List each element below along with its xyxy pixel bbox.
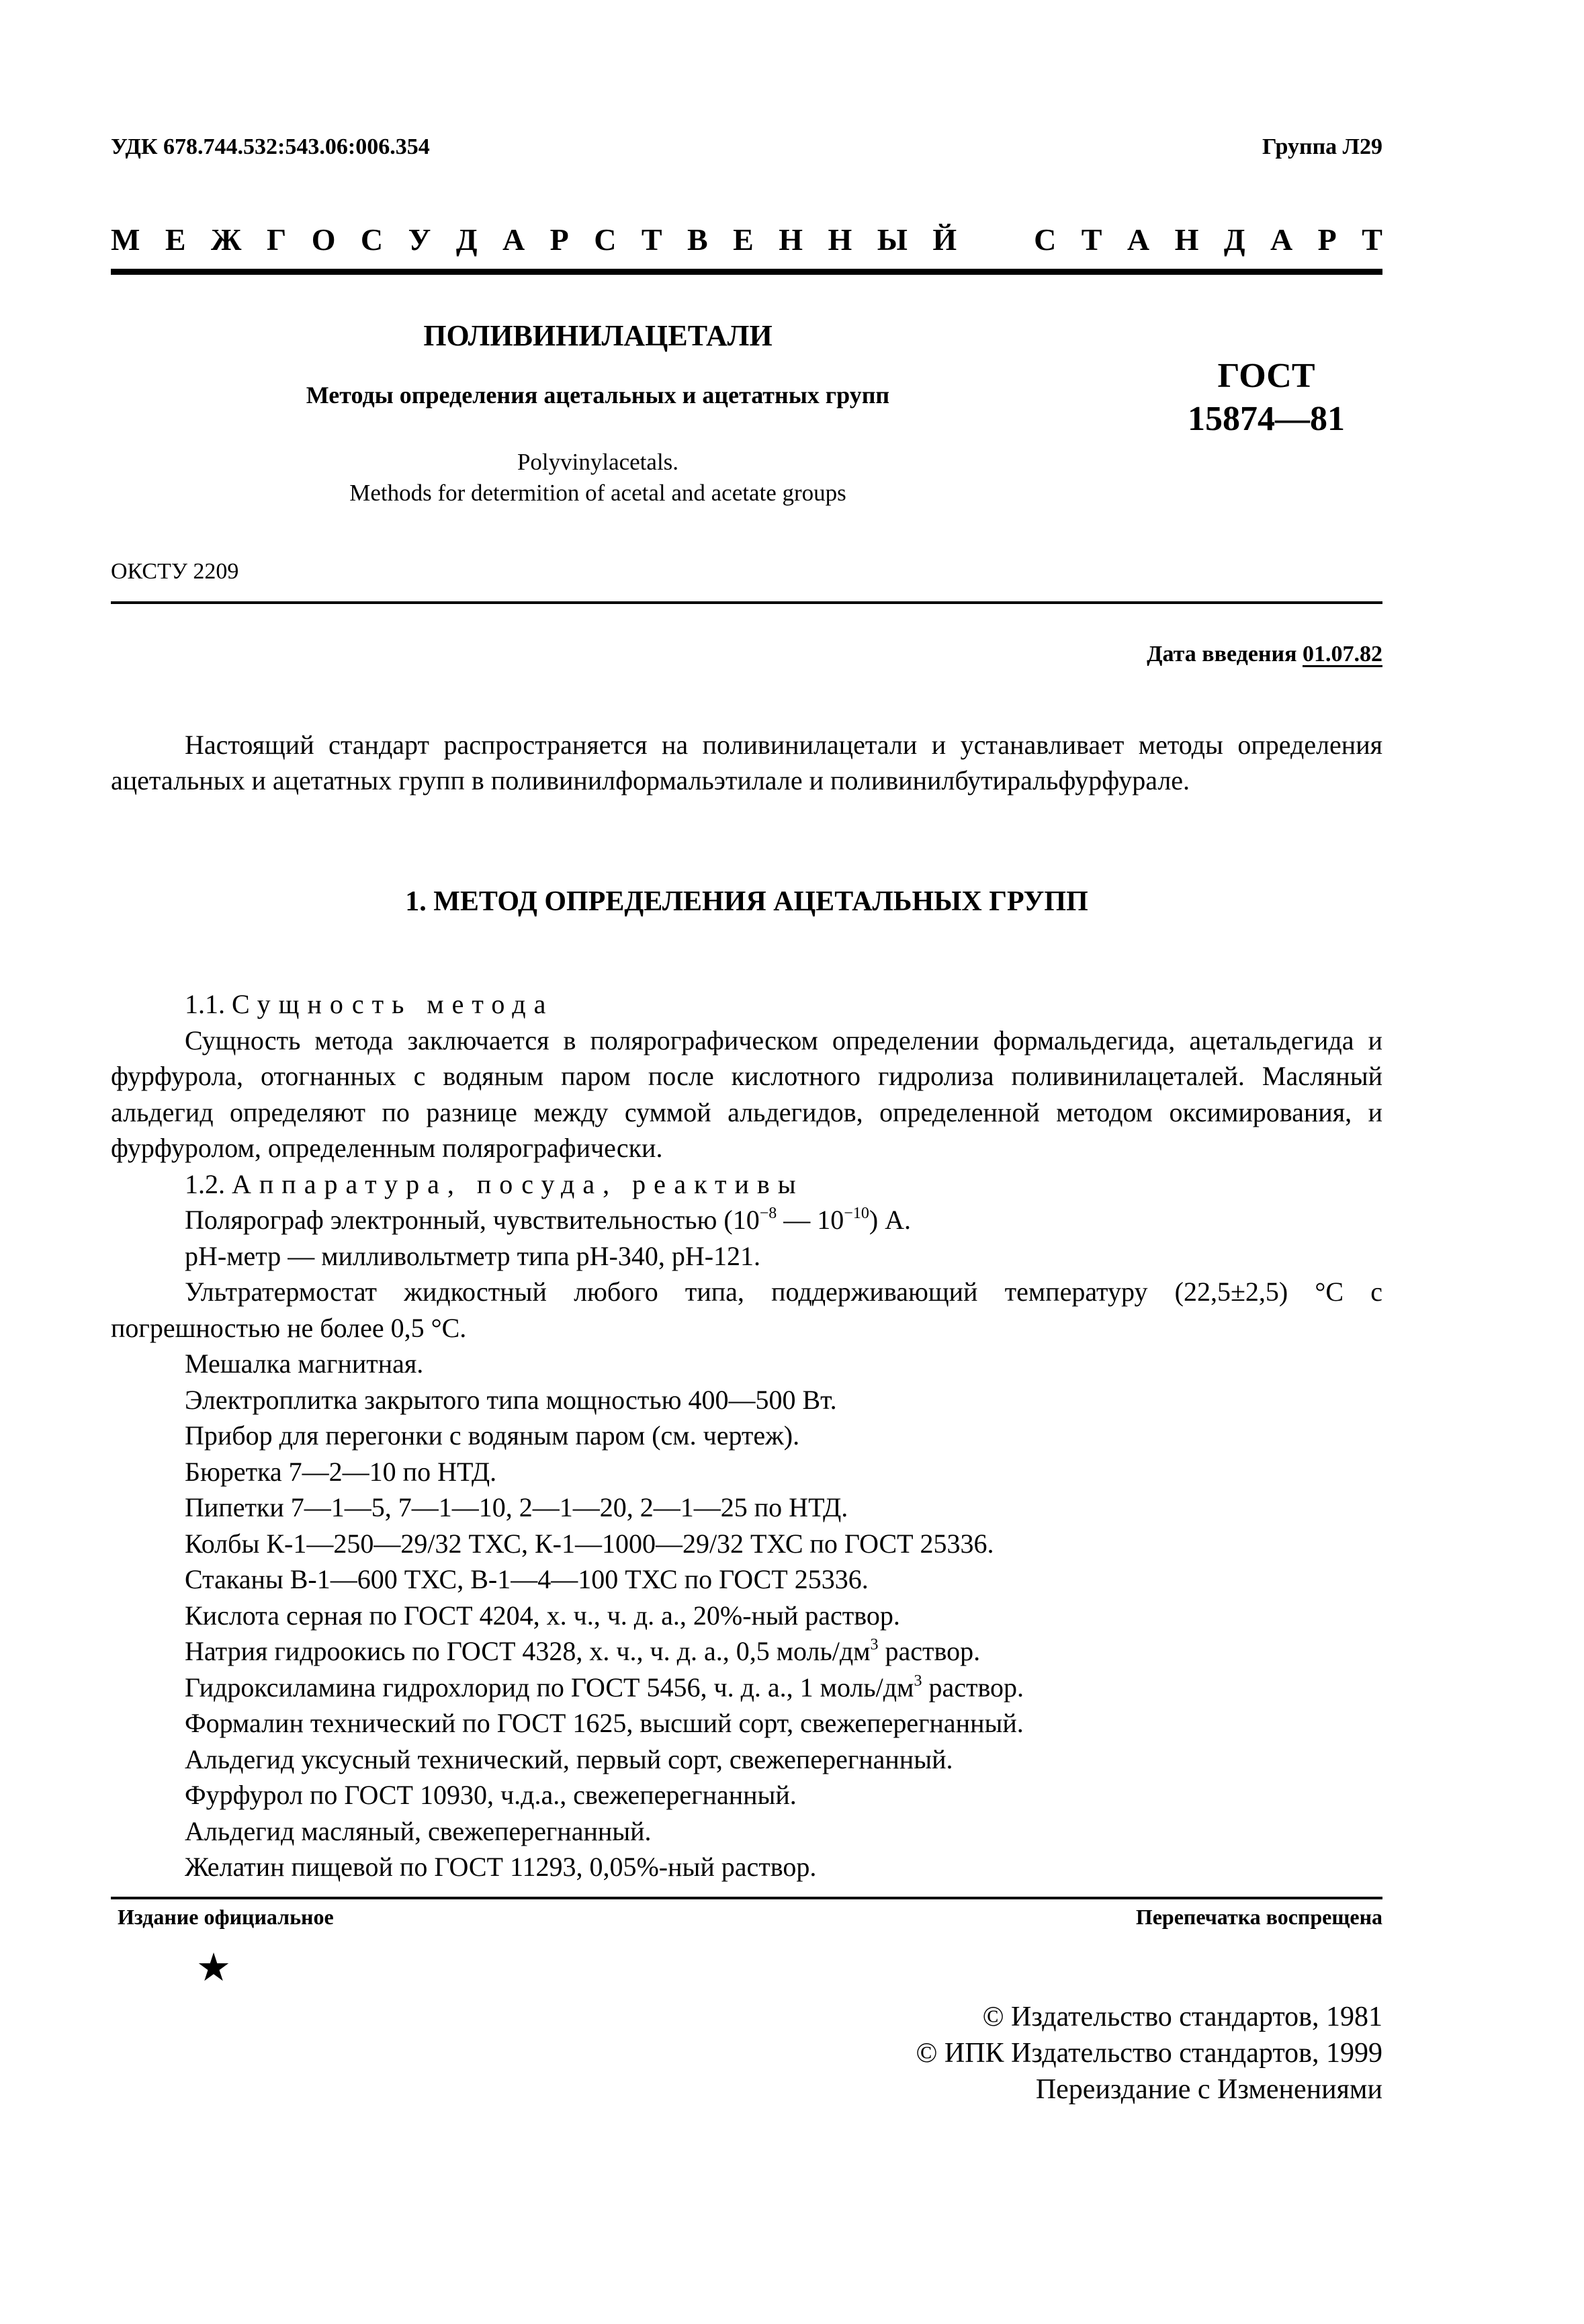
reissue-note: Переиздание с Изменениями bbox=[916, 2071, 1382, 2108]
section-1-heading: 1. МЕТОД ОПРЕДЕЛЕНИЯ АЦЕТАЛЬНЫХ ГРУПП bbox=[111, 886, 1382, 918]
subsection-1-2-heading: 1.2. Аппаратура, посуда, реактивы bbox=[111, 1166, 1382, 1203]
banner-letter: Д bbox=[456, 222, 478, 257]
item-text: — 10 bbox=[777, 1205, 844, 1235]
okstu-rule bbox=[111, 601, 1382, 604]
subsection-1-2-number: 1.2. bbox=[185, 1169, 225, 1199]
banner-word-gap bbox=[982, 222, 1009, 257]
banner-letter: Т bbox=[1082, 222, 1102, 257]
group-code: Группа Л29 bbox=[1262, 134, 1382, 160]
banner-letter: Д bbox=[1224, 222, 1245, 257]
banner-letter: Р bbox=[550, 222, 569, 257]
banner-letter: Т bbox=[1362, 222, 1382, 257]
apparatus-list: Полярограф электронный, чувствительность… bbox=[111, 1202, 1382, 1885]
apparatus-item: Колбы К-1—250—29/32 ТХС, К-1—1000—29/32 … bbox=[111, 1526, 1382, 1562]
subsection-1-2-title: Аппаратура, посуда, реактивы bbox=[232, 1169, 804, 1199]
scope-text: Настоящий стандарт распространяется на п… bbox=[111, 727, 1382, 798]
document-title: ПОЛИВИНИЛАЦЕТАЛИ bbox=[202, 318, 994, 353]
official-edition-label: Издание официальное bbox=[118, 1905, 334, 1930]
banner-letter: У bbox=[408, 222, 431, 257]
item-text: Гидроксиламина гидрохлорид по ГОСТ 5456,… bbox=[185, 1672, 914, 1703]
superscript: 3 bbox=[914, 1672, 922, 1690]
item-text: раствор. bbox=[879, 1636, 981, 1666]
okstu-code: ОКСТУ 2209 bbox=[111, 559, 238, 585]
gost-label: ГОСТ bbox=[1142, 355, 1391, 398]
english-title-line-1: Polyvinylacetals. bbox=[202, 447, 994, 478]
banner-letter: Р bbox=[1318, 222, 1337, 257]
copyright-1999: © ИПК Издательство стандартов, 1999 bbox=[916, 2035, 1382, 2071]
banner-letter: Н bbox=[779, 222, 803, 257]
apparatus-item: Пипетки 7—1—5, 7—1—10, 2—1—20, 2—1—25 по… bbox=[111, 1490, 1382, 1526]
banner-letter: А bbox=[1127, 222, 1149, 257]
document-subtitle: Методы определения ацетальных и ацетатны… bbox=[202, 381, 994, 409]
subsection-1-1-title: Сущность метода bbox=[232, 989, 554, 1019]
banner-letter: С bbox=[594, 222, 616, 257]
gost-number: 15874—81 bbox=[1142, 398, 1391, 441]
copyright-block: © Издательство стандартов, 1981 © ИПК Из… bbox=[916, 1999, 1382, 2108]
banner-letter: Н bbox=[1175, 222, 1199, 257]
apparatus-item: Кислота серная по ГОСТ 4204, х. ч., ч. д… bbox=[111, 1598, 1382, 1634]
apparatus-item: рН-метр — милливольтметр типа рН-340, рН… bbox=[111, 1238, 1382, 1275]
apparatus-item: Гидроксиламина гидрохлорид по ГОСТ 5456,… bbox=[111, 1670, 1382, 1706]
banner-letter: С bbox=[1034, 222, 1056, 257]
superscript: 3 bbox=[871, 1636, 879, 1653]
subsection-1-1-text: Сущность метода заключается в полярограф… bbox=[111, 1023, 1382, 1166]
banner-letter: М bbox=[111, 222, 140, 257]
standard-banner: МЕЖГОСУДАРСТВЕННЫЙСТАНДАРТ bbox=[111, 222, 1382, 257]
item-text: раствор. bbox=[922, 1672, 1024, 1703]
copyright-1981: © Издательство стандартов, 1981 bbox=[916, 1999, 1382, 2035]
apparatus-item: Альдегид уксусный технический, первый со… bbox=[111, 1741, 1382, 1778]
subsection-1-1-number: 1.1. bbox=[185, 989, 225, 1019]
banner-letter: Т bbox=[642, 222, 662, 257]
apparatus-item: Ультратермостат жидкостный любого типа, … bbox=[111, 1274, 1382, 1346]
banner-letter: Й bbox=[932, 222, 957, 257]
banner-rule bbox=[111, 269, 1382, 275]
banner-letter: Ы bbox=[877, 222, 908, 257]
banner-letter: Ж bbox=[211, 222, 241, 257]
banner-letter: В bbox=[687, 222, 708, 257]
scope-paragraph: Настоящий стандарт распространяется на п… bbox=[111, 727, 1382, 798]
introduction-date-label: Дата введения bbox=[1147, 642, 1296, 666]
apparatus-item: Натрия гидроокись по ГОСТ 4328, х. ч., ч… bbox=[111, 1633, 1382, 1670]
superscript: −10 bbox=[844, 1205, 869, 1222]
banner-letter: Г bbox=[267, 222, 286, 257]
apparatus-item: Электроплитка закрытого типа мощностью 4… bbox=[111, 1382, 1382, 1418]
apparatus-item: Формалин технический по ГОСТ 1625, высши… bbox=[111, 1705, 1382, 1741]
item-text: Натрия гидроокись по ГОСТ 4328, х. ч., ч… bbox=[185, 1636, 871, 1666]
star-icon: ★ bbox=[196, 1948, 231, 1987]
udk-code: УДК 678.744.532:543.06:006.354 bbox=[111, 134, 430, 160]
english-title-line-2: Methods for determition of acetal and ac… bbox=[202, 478, 994, 509]
apparatus-item: Альдегид масляный, свежеперегнанный. bbox=[111, 1813, 1382, 1850]
apparatus-item: Стаканы В-1—600 ТХС, В-1—4—100 ТХС по ГО… bbox=[111, 1561, 1382, 1598]
banner-letter: А bbox=[1270, 222, 1292, 257]
banner-letter: Е bbox=[165, 222, 186, 257]
item-text: ) А. bbox=[869, 1205, 911, 1235]
banner-letter: А bbox=[502, 222, 525, 257]
banner-letter: Н bbox=[828, 222, 852, 257]
subsection-1-1-heading: 1.1. Сущность метода bbox=[111, 986, 1382, 1023]
apparatus-item: Фурфурол по ГОСТ 10930, ч.д.а., свежепер… bbox=[111, 1777, 1382, 1813]
banner-letter: О bbox=[312, 222, 336, 257]
apparatus-item: Бюретка 7—2—10 по НТД. bbox=[111, 1454, 1382, 1490]
gost-designation: ГОСТ 15874—81 bbox=[1142, 355, 1391, 441]
apparatus-item: Мешалка магнитная. bbox=[111, 1346, 1382, 1382]
superscript: −8 bbox=[760, 1205, 777, 1222]
english-title: Polyvinylacetals. Methods for determitio… bbox=[202, 447, 994, 509]
section-1-body: 1.1. Сущность метода Сущность метода зак… bbox=[111, 986, 1382, 1885]
footer-rule bbox=[111, 1897, 1382, 1899]
introduction-date-value: 01.07.82 bbox=[1303, 642, 1382, 666]
banner-letter: Е bbox=[733, 222, 754, 257]
introduction-date: Дата введения 01.07.82 bbox=[1147, 642, 1382, 667]
reprint-prohibited-label: Перепечатка воспрещена bbox=[1136, 1905, 1382, 1930]
apparatus-item: Желатин пищевой по ГОСТ 11293, 0,05%-ный… bbox=[111, 1849, 1382, 1885]
item-text: Полярограф электронный, чувствительность… bbox=[185, 1205, 760, 1235]
apparatus-item: Полярограф электронный, чувствительность… bbox=[111, 1202, 1382, 1238]
banner-letter: С bbox=[361, 222, 383, 257]
apparatus-item: Прибор для перегонки с водяным паром (см… bbox=[111, 1418, 1382, 1454]
